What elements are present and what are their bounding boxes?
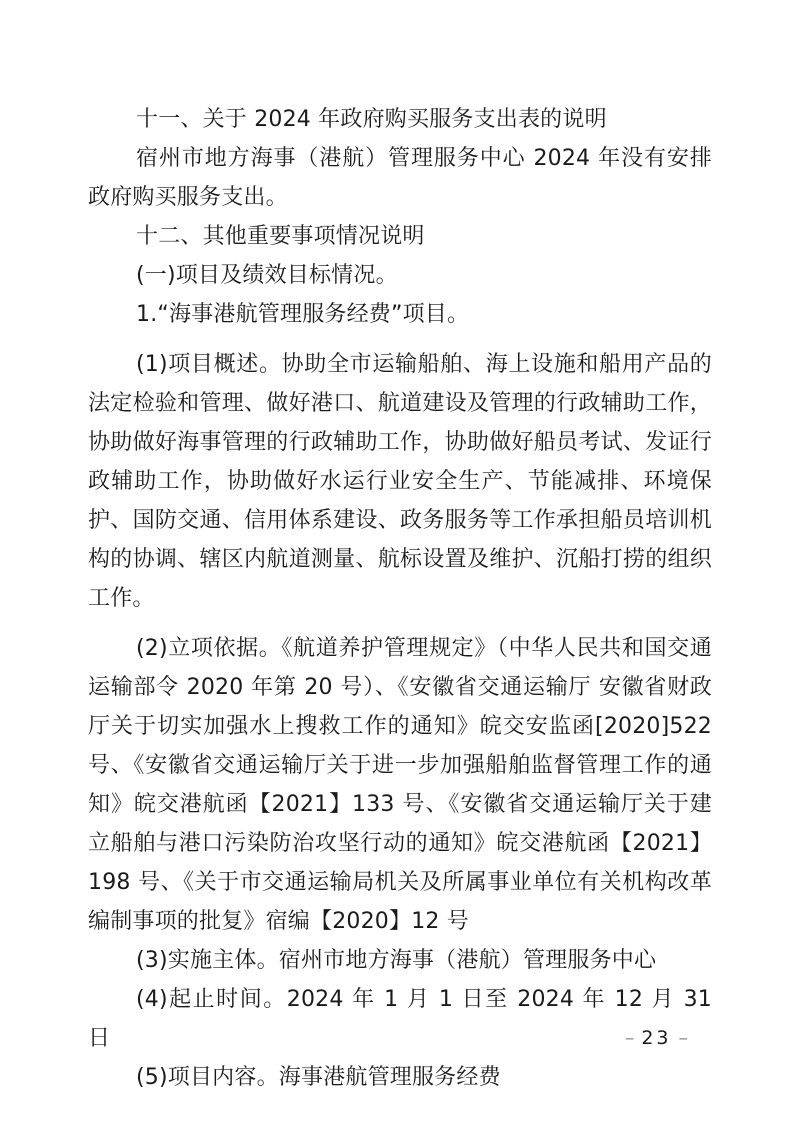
page-footer: –23– [618,1026,695,1050]
project-1-overview: (1)项目概述。协助全市运输船舶、海上设施和船用产品的法定检验和管理、做好港口、… [88,345,712,618]
project-1-title: 1.“海事港航管理服务经费”项目。 [88,295,712,334]
footer-dash-left: – [625,1027,635,1049]
item-1-heading: (一)项目及绩效目标情况。 [88,256,712,295]
project-1-content: (5)项目内容。海事港航管理服务经费 [88,1058,712,1097]
project-1-basis: (2)立项依据。《航道养护管理规定》（中华人民共和国交通运输部令 2020 年第… [88,629,712,941]
page-number: 23 [641,1027,671,1049]
footer-dash-right: – [679,1027,689,1049]
document-page: 十一、关于 2024 年政府购买服务支出表的说明 宿州市地方海事（港航）管理服务… [0,0,793,1122]
section-11-body: 宿州市地方海事（港航）管理服务中心 2024 年没有安排政府购买服务支出。 [88,139,712,217]
project-1-entity: (3)实施主体。宿州市地方海事（港航）管理服务中心 [88,941,712,980]
section-11-heading: 十一、关于 2024 年政府购买服务支出表的说明 [88,100,712,139]
document-body: 十一、关于 2024 年政府购买服务支出表的说明 宿州市地方海事（港航）管理服务… [88,100,712,1097]
section-12-heading: 十二、其他重要事项情况说明 [88,217,712,256]
